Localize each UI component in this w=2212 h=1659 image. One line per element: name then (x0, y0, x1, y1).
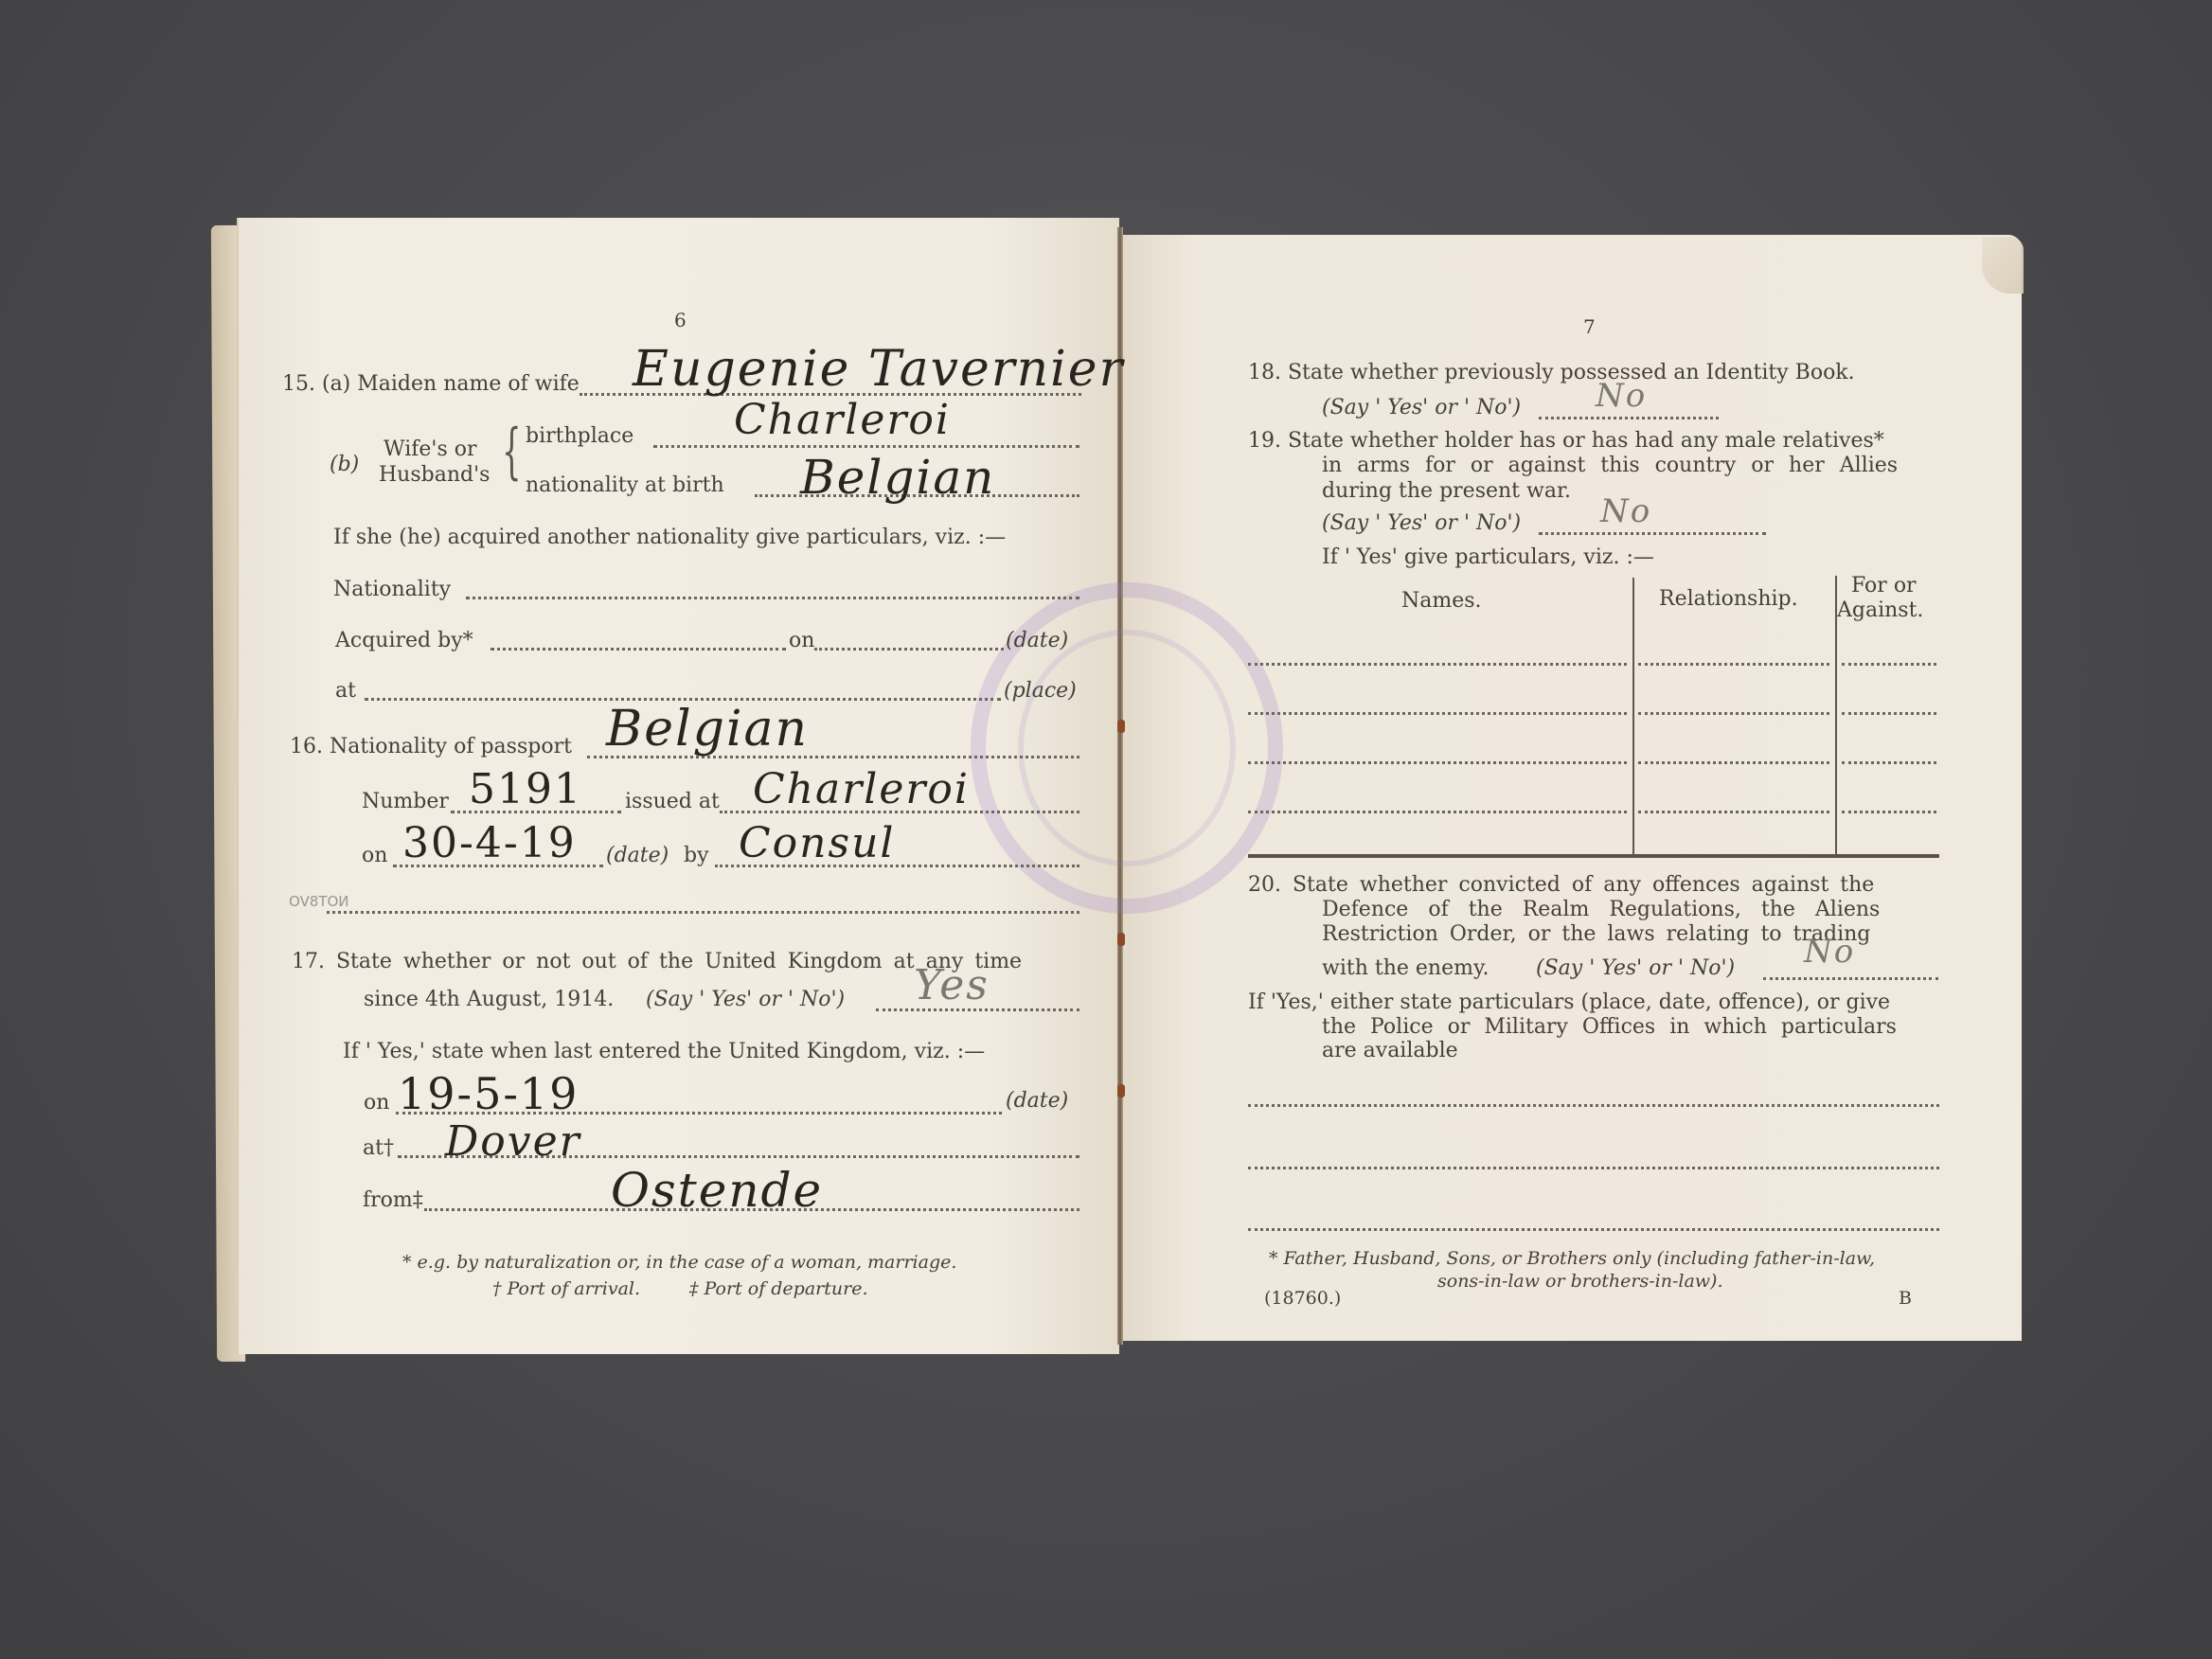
row-1-relationship-field[interactable] (1638, 663, 1829, 666)
row-2-for-against-field[interactable] (1842, 712, 1936, 715)
q17-line1: 17. State whether or not out of the Unit… (292, 950, 1022, 973)
row-2-relationship-field[interactable] (1638, 712, 1829, 715)
row-4-name-field[interactable] (1248, 811, 1627, 813)
row-4-for-against-field[interactable] (1842, 811, 1936, 813)
acquired-on-date-field[interactable] (814, 648, 1004, 651)
nationality-field[interactable] (466, 597, 1079, 599)
q18-say-hint: (Say ' Yes' or ' No') (1322, 396, 1521, 419)
acquired-by-field[interactable] (491, 648, 786, 651)
q19-line3: during the present war. (1322, 479, 1571, 503)
other-nationality-intro: If she (he) acquired another nationality… (333, 526, 1006, 549)
q19-answer-dotted-line (1539, 532, 1766, 535)
table-header-for-2: Against. (1837, 598, 1923, 622)
q15b-group-label-1: Wife's or (384, 437, 477, 461)
signature-mark: B (1899, 1288, 1912, 1309)
footnote-port-departure: ‡ Port of departure. (689, 1278, 867, 1299)
form-number: (18760.) (1264, 1288, 1341, 1309)
page-number-right: 7 (1583, 315, 1596, 338)
violet-ink-stamp-inner (1018, 630, 1236, 866)
acquired-at-label: at (335, 679, 356, 703)
q15a-label: 15. (a) Maiden name of wife (282, 372, 580, 396)
q19-if-yes: If ' Yes' give particulars, viz. :— (1322, 545, 1654, 569)
footnote-relatives-1: * Father, Husband, Sons, or Brothers onl… (1269, 1248, 1875, 1269)
faint-offset-stamp: NOT8VO (289, 893, 349, 910)
q17-say-hint: (Say ' Yes' or ' No') (646, 988, 845, 1011)
staple-icon (1117, 933, 1125, 946)
row-3-name-field[interactable] (1248, 761, 1627, 764)
q19-line1: 19. State whether holder has or has had … (1248, 429, 1884, 453)
acquired-on-label: on (789, 629, 814, 652)
q20-particulars-line-2[interactable] (1248, 1167, 1939, 1169)
issued-by-value[interactable]: Consul (739, 819, 895, 867)
q16-label: 16. Nationality of passport (290, 735, 572, 758)
q20-if-yes-1: If 'Yes,' either state particulars (plac… (1248, 990, 1890, 1014)
birthplace-label: birthplace (526, 424, 633, 448)
q17-line2: since 4th August, 1914. (364, 988, 614, 1011)
q20-particulars-line-3[interactable] (1248, 1228, 1939, 1231)
row-4-relationship-field[interactable] (1638, 811, 1829, 813)
q15b-group-label-2: Husband's (379, 463, 490, 487)
port-arrival-value[interactable]: Dover (445, 1117, 581, 1166)
port-arrival-label: at† (363, 1136, 394, 1160)
q20-if-yes-3: are available (1322, 1039, 1458, 1062)
passport-date-hint: (date) (606, 844, 669, 867)
q17-if-yes: If ' Yes,' state when last entered the U… (343, 1040, 985, 1063)
nationality-label: Nationality (333, 578, 451, 601)
q20-line3: Restriction Order, or the laws relating … (1322, 922, 1870, 946)
passport-nationality-value[interactable]: Belgian (606, 701, 809, 758)
port-departure-value[interactable]: Ostende (611, 1163, 823, 1218)
entered-on-label: on (364, 1091, 389, 1115)
row-3-relationship-field[interactable] (1638, 761, 1829, 764)
q18-label: 18. State whether previously possessed a… (1248, 361, 1855, 384)
row-2-name-field[interactable] (1248, 712, 1627, 715)
row-1-name-field[interactable] (1248, 663, 1627, 666)
table-header-names: Names. (1401, 589, 1482, 613)
date-hint: (date) (1006, 629, 1068, 652)
passport-date-value[interactable]: 30-4-19 (402, 819, 577, 867)
passport-number-label: Number (362, 790, 449, 813)
passport-on-label: on (362, 844, 387, 867)
row-3-for-against-field[interactable] (1842, 761, 1936, 764)
q18-answer-dotted-line (1539, 417, 1719, 419)
table-column-divider (1835, 576, 1837, 854)
port-departure-label: from‡ (363, 1188, 423, 1212)
row-1-for-against-field[interactable] (1842, 663, 1936, 666)
issued-by-label: by (684, 844, 709, 867)
q15a-maiden-name-value[interactable]: Eugenie Tavernier (633, 341, 1124, 398)
nationality-at-birth-label: nationality at birth (526, 473, 724, 497)
brace-icon: { (502, 417, 521, 487)
footnote-relatives-2: sons-in-law or brothers-in-law). (1437, 1271, 1723, 1292)
issued-at-value[interactable]: Charleroi (753, 765, 970, 813)
table-bottom-rule (1248, 854, 1939, 858)
page-number-left: 6 (674, 309, 687, 331)
entered-date-value[interactable]: 19-5-19 (398, 1068, 579, 1119)
table-column-divider (1632, 578, 1634, 854)
q20-answer-dotted-line (1763, 977, 1938, 980)
footnote-naturalization: * e.g. by naturalization or, in the case… (402, 1252, 956, 1273)
birthplace-value[interactable]: Charleroi (734, 396, 951, 444)
nationality-at-birth-value[interactable]: Belgian (800, 450, 995, 505)
table-header-for-1: For or (1851, 574, 1917, 598)
footnote-port-arrival: † Port of arrival. (492, 1278, 640, 1299)
issued-at-label: issued at (625, 790, 720, 813)
birthplace-dotted-line (653, 445, 1079, 448)
staple-icon (1117, 1084, 1125, 1097)
q18-answer-value[interactable]: No (1596, 377, 1647, 415)
q20-line4: with the enemy. (1322, 956, 1489, 980)
passport-number-value[interactable]: 5191 (469, 765, 582, 813)
q19-say-hint: (Say ' Yes' or ' No') (1322, 511, 1521, 535)
q20-particulars-line-1[interactable] (1248, 1104, 1939, 1107)
q17-answer-value[interactable]: Yes (914, 961, 990, 1009)
q19-line2: in arms for or against this country or h… (1322, 454, 1898, 477)
entered-date-hint: (date) (1006, 1089, 1068, 1113)
blank-dotted-line[interactable] (327, 911, 1079, 914)
table-header-relationship: Relationship. (1659, 587, 1798, 611)
q15b-marker: (b) (330, 453, 359, 476)
q20-answer-value[interactable]: No (1804, 933, 1855, 971)
q19-answer-value[interactable]: No (1600, 492, 1651, 530)
q20-say-hint: (Say ' Yes' or ' No') (1536, 956, 1735, 980)
acquired-by-label: Acquired by* (335, 629, 473, 652)
q20-if-yes-2: the Police or Military Offices in which … (1322, 1015, 1897, 1039)
q20-line1: 20. State whether convicted of any offen… (1248, 873, 1874, 897)
place-hint: (place) (1004, 679, 1077, 703)
q20-line2: Defence of the Realm Regulations, the Al… (1322, 898, 1880, 921)
